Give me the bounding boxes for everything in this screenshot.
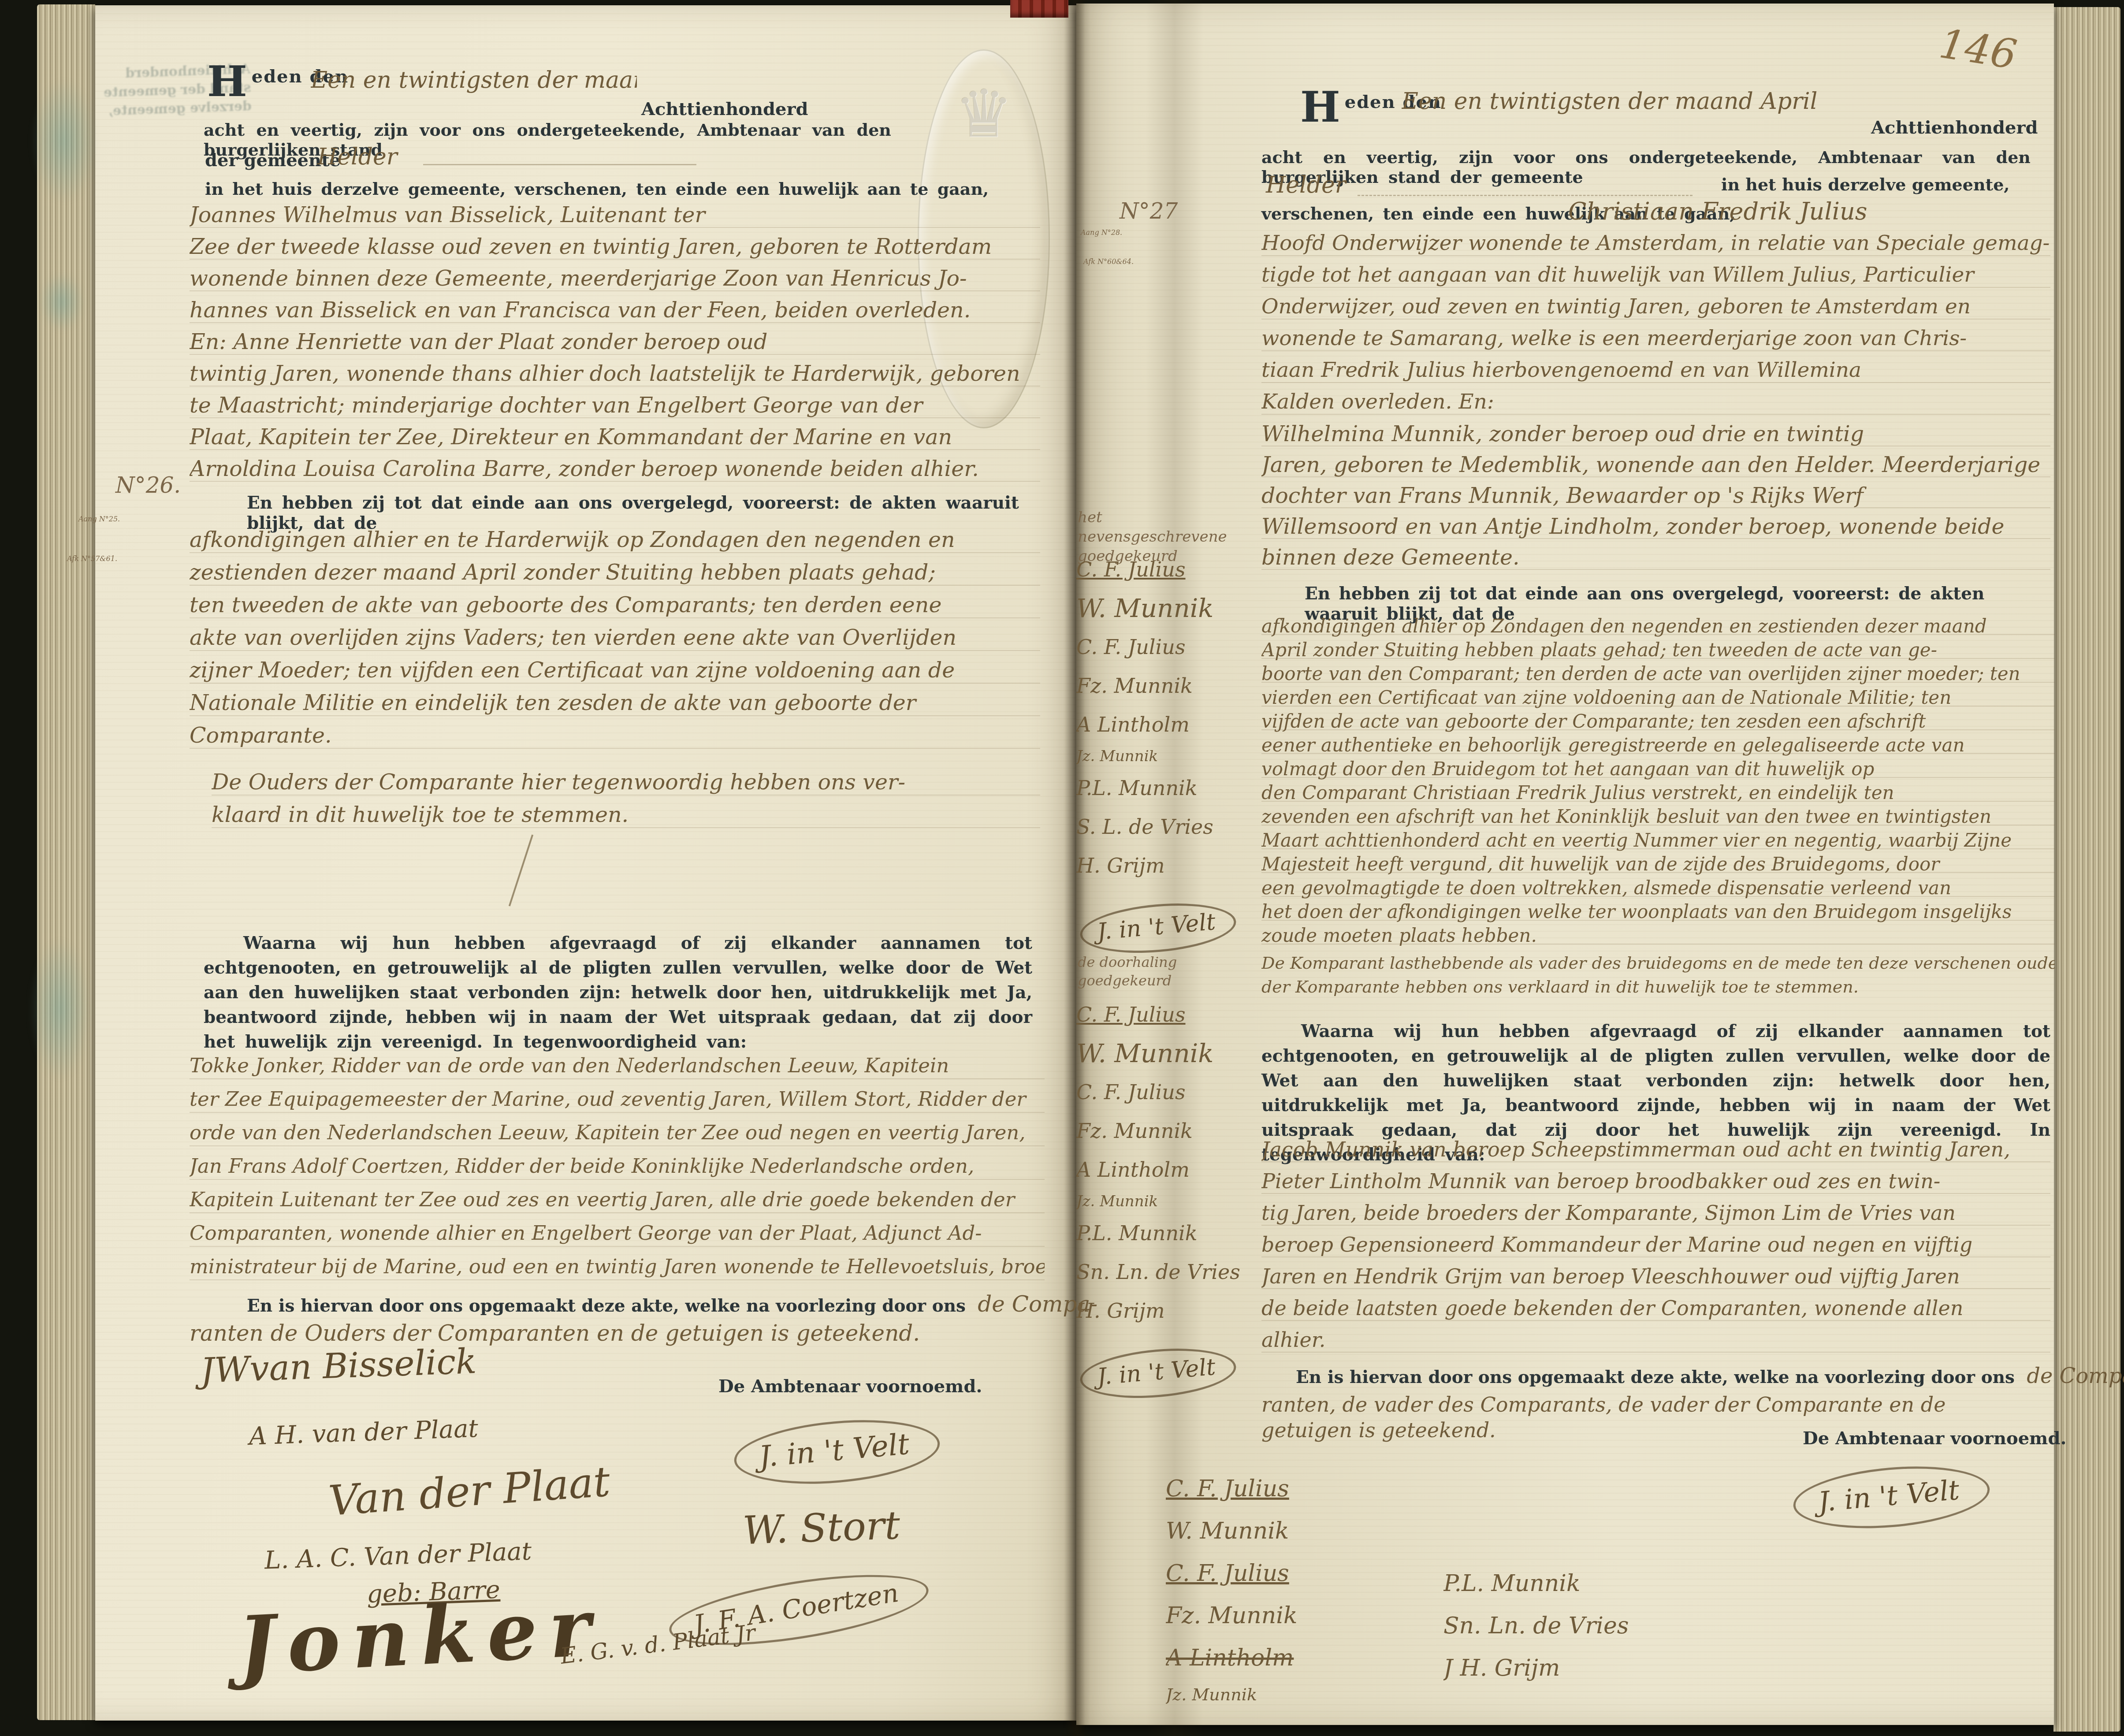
handwritten-line: Fz. Munnik: [1076, 666, 1261, 705]
handwritten-line: Jan Frans Adolf Coertzen, Ridder der bei…: [190, 1149, 1045, 1183]
printed-closing-intro: En is hiervan door ons opgemaakt deze ak…: [1296, 1364, 2124, 1388]
printed-official-label: De Ambtenaar voornoemd.: [718, 1376, 982, 1397]
printed-achttienhonderd: Achttienhonderd: [641, 99, 808, 119]
handwritten-line: H. Grijm: [1076, 1291, 1261, 1330]
handwritten-line: En: Anne Henriette van der Plaat zonder …: [190, 326, 1040, 358]
margin-note-line: het nevensgeschrevene: [1078, 508, 1254, 546]
printed-header-line4: in het huis derzelve gemeente, verschene…: [205, 179, 989, 199]
handwritten-line: ten tweeden de akte van geboorte des Com…: [190, 589, 1040, 621]
handwritten-line: akte van overlijden zijns Vaders; ten vi…: [190, 621, 1040, 654]
handwritten-line: wonende binnen deze Gemeente, meerderjar…: [190, 263, 1040, 294]
handwritten-line: een gevolmagtigde te doen voltrekken, al…: [1261, 876, 2055, 900]
handwritten-line: tigde tot het aangaan van dit huwelijk v…: [1261, 259, 2050, 291]
margin-approval-note-2: de doorhaling goedgekeurd: [1078, 953, 1254, 990]
handwritten-line: C. F. Julius: [1076, 995, 1261, 1034]
handwritten-line: W. Munnik: [1076, 1034, 1261, 1073]
margin-note-aangifte: Aang N°28.: [1081, 228, 1122, 237]
handwritten-line: Sn. Ln. de Vries: [1443, 1605, 1690, 1647]
handwritten-line: P.L. Munnik: [1443, 1562, 1690, 1605]
handwritten-line: Jaren en Hendrik Grijm van beroep Vleesc…: [1261, 1260, 2050, 1292]
handwritten-line: zoude moeten plaats hebben.: [1261, 924, 2055, 948]
handwritten-line: alhier.: [1261, 1324, 2050, 1356]
margin-note-act-number: N°26.: [115, 472, 181, 498]
handwritten-line: Jz. Munnik: [1166, 1679, 1413, 1710]
handwritten-line: Joannes Wilhelmus van Bisselick, Luitena…: [190, 199, 1040, 231]
margin-note-afkondiging: Afk N°60&64.: [1083, 257, 1134, 266]
handwritten-line: Jacob Munnik van beroep Scheepstimmerman…: [1261, 1134, 2050, 1165]
handwritten-line: boorte van den Comparant; ten derden de …: [1261, 662, 2055, 686]
handwritten-line: te Maastricht; minderjarige dochter van …: [190, 390, 1040, 421]
printed-waarna-paragraph: Waarna wij hun hebben afgevraagd of zij …: [204, 931, 1032, 1054]
signature-witness-jonker: Jonker: [236, 1581, 604, 1693]
handwritten-line: A Lintholm: [1076, 1150, 1261, 1189]
margin-note-aangifte: Aang N°25.: [78, 515, 120, 523]
handwritten-line: C. F. Julius: [1076, 550, 1261, 589]
handwritten-line: C. F. Julius: [1166, 1552, 1413, 1595]
handwritten-line: Sn. Ln. de Vries: [1076, 1253, 1261, 1291]
handwritten-line: C. F. Julius: [1076, 628, 1261, 666]
handwritten-line: dochter van Frans Munnik, Bewaarder op '…: [1261, 480, 2050, 511]
handwritten-line: klaard in dit huwelijk toe te stemmen.: [212, 799, 1040, 831]
handwritten-line: H. Grijm: [1076, 846, 1261, 885]
handwritten-line: vierden een Certificaat van zijne voldoe…: [1261, 686, 2055, 710]
ink-smudge: [31, 79, 97, 203]
handwritten-line: De Komparant lasthebbende als vader des …: [1261, 951, 2055, 975]
handwritten-witnesses-paragraph: Tokke Jonker, Ridder van de orde van den…: [190, 1049, 1045, 1283]
handwritten-line: tiaan Fredrik Julius hierbovengenoemd en…: [1261, 354, 2050, 386]
handwritten-line: Comparante.: [190, 719, 1040, 752]
handwritten-line: P.L. Munnik: [1076, 769, 1261, 807]
handwritten-line: Pieter Lintholm Munnik van beroep broodb…: [1261, 1165, 2050, 1197]
handwritten-line: twintig Jaren, wonende thans alhier doch…: [190, 358, 1040, 390]
printed-achttienhonderd: Achttienhonderd: [1871, 117, 2038, 138]
handwritten-parties-paragraph: Joannes Wilhelmus van Bisselick, Luitena…: [190, 199, 1040, 485]
blank-filler-line: [423, 164, 696, 165]
handwritten-line: Zee der tweede klasse oud zeven en twint…: [190, 231, 1040, 263]
margin-signatures-block-2: C. F. JuliusW. MunnikC. F. JuliusFz. Mun…: [1076, 995, 1261, 1330]
handwritten-line: vijfden de acte van geboorte der Compara…: [1261, 710, 2055, 733]
handwritten-line: afkondigingen alhier op Zondagen den neg…: [1261, 614, 2055, 638]
handwritten-line: het doen der afkondigingen welke ter woo…: [1261, 900, 2055, 924]
closing-intro-text: En is hiervan door ons opgemaakt deze ak…: [247, 1296, 966, 1316]
handwritten-line: Hoofd Onderwijzer wonende te Amsterdam, …: [1261, 227, 2050, 259]
margin-note-act-number: N°27: [1120, 198, 1178, 224]
handwritten-line: Kapitein Luitenant ter Zee oud zes en ve…: [190, 1183, 1045, 1216]
handwritten-line: Fz. Munnik: [1076, 1111, 1261, 1150]
handwritten-line: Tokke Jonker, Ridder van de orde van den…: [190, 1049, 1045, 1082]
handwritten-municipality: Helder: [1266, 172, 1346, 198]
margin-note-line: de doorhaling: [1078, 953, 1254, 971]
handwritten-line: W. Munnik: [1076, 589, 1261, 628]
handwritten-line: C. F. Julius: [1166, 1468, 1413, 1510]
handwritten-line: J H. Grijm: [1443, 1647, 1690, 1689]
handwritten-line: Jaren, geboren te Medemblik, wonende aan…: [1261, 450, 2050, 480]
handwritten-line: Jz. Munnik: [1076, 1189, 1261, 1214]
handwritten-line: beroep Gepensioneerd Kommandeur der Mari…: [1261, 1229, 2050, 1260]
handwritten-witnesses-paragraph: Jacob Munnik van beroep Scheepstimmerman…: [1261, 1134, 2050, 1356]
handwritten-line: Fz. Munnik: [1166, 1595, 1413, 1637]
handwritten-groom-paragraph: Hoofd Onderwijzer wonende te Amsterdam, …: [1261, 227, 2050, 418]
handwritten-line: C. F. Julius: [1076, 1073, 1261, 1111]
handwritten-line: Maart achttienhonderd acht en veertig Nu…: [1261, 829, 2055, 852]
handwritten-line: orde van den Nederlandschen Leeuw, Kapit…: [190, 1116, 1045, 1149]
handwritten-line: zijner Moeder; ten vijfden een Certifica…: [190, 654, 1040, 687]
handwritten-line: W. Munnik: [1166, 1510, 1413, 1552]
handwritten-line: zevenden een afschrift van het Koninklij…: [1261, 805, 2055, 829]
ink-smudge: [29, 939, 91, 1080]
handwritten-consent-paragraph: De Ouders der Comparante hier tegenwoord…: [212, 766, 1040, 831]
printed-closing-intro: En is hiervan door ons opgemaakt deze ak…: [247, 1291, 1097, 1317]
handwritten-date: Een en twintigsten der maand April: [1402, 88, 1834, 115]
handwritten-consent-paragraph: De Komparant lasthebbende als vader des …: [1261, 951, 2055, 999]
bottom-signatures-right-column: P.L. MunnikSn. Ln. de VriesJ H. Grijm: [1443, 1562, 1690, 1689]
handwritten-line: den Comparant Christiaan Fredrik Julius …: [1261, 781, 2055, 805]
handwritten-line: der Komparante hebben ons verklaard in d…: [1261, 975, 2055, 999]
handwritten-closing-tail: de Compa-: [2027, 1364, 2124, 1388]
blank-filler-line: [1358, 195, 1693, 196]
handwritten-line: tig Jaren, beide broeders der Komparante…: [1261, 1197, 2050, 1229]
handwritten-line: zestienden dezer maand April zonder Stui…: [190, 556, 1040, 589]
printed-in-het-huis: in het huis derzelve gemeente,: [1721, 175, 2010, 194]
margin-note-afkondiging: Afk N°57&61.: [67, 554, 117, 563]
handwritten-line: Arnoldina Louisa Carolina Barre, zonder …: [190, 453, 1040, 485]
handwritten-line: eener authentieke en behoorlijk geregist…: [1261, 733, 2055, 757]
margin-note-line: goedgekeurd: [1078, 971, 1254, 990]
handwritten-line: De Ouders der Comparante hier tegenwoord…: [212, 766, 1040, 799]
handwritten-bride-paragraph: Wilhelmina Munnik, zonder beroep oud dri…: [1261, 419, 2050, 573]
handwritten-groom-name: Christiaan Fredrik Julius: [1568, 197, 2049, 225]
register-spread: ♛ Achttienhonderd stand der gemeente der…: [0, 0, 2124, 1736]
book-page-edges-left: [37, 4, 95, 1720]
handwritten-line: binnen deze Gemeente.: [1261, 542, 2050, 573]
margin-signatures-block-1: C. F. JuliusW. MunnikC. F. JuliusFz. Mun…: [1076, 550, 1261, 885]
handwritten-line: Majesteit heeft vergund, dit huwelijk va…: [1261, 852, 2055, 876]
handwritten-line: Kalden overleden. En:: [1261, 386, 2050, 418]
handwritten-line: ministrateur bij de Marine, oud een en t…: [190, 1250, 1045, 1283]
handwritten-line: ter Zee Equipagemeester der Marine, oud …: [190, 1082, 1045, 1116]
crown-embossed-icon: ♛: [918, 76, 1050, 152]
handwritten-line: S. L. de Vries: [1076, 807, 1261, 846]
handwritten-line: Willemsoord en van Antje Lindholm, zonde…: [1261, 511, 2050, 542]
handwritten-documents-paragraph: afkondigingen alhier op Zondagen den neg…: [1261, 614, 2055, 948]
red-bookmark-tab: [1010, 0, 1068, 18]
handwritten-line: ranten, de vader des Comparants, de vade…: [1261, 1392, 2011, 1417]
book-page-edges-right: [2053, 7, 2120, 1732]
handwritten-line: A Lintholm: [1076, 705, 1261, 744]
handwritten-line: Comparanten, wonende alhier en Engelbert…: [190, 1216, 1045, 1250]
handwritten-line: afkondigingen alhier en te Harderwijk op…: [190, 524, 1040, 556]
handwritten-date: Een en twintigsten der maand April: [311, 67, 637, 93]
handwritten-line: Plaat, Kapitein ter Zee, Direkteur en Ko…: [190, 421, 1040, 453]
handwritten-line: wonende te Samarang, welke is een meerde…: [1261, 323, 2050, 354]
closing-intro-text: En is hiervan door ons opgemaakt deze ak…: [1296, 1367, 2015, 1387]
handwritten-line: Jz. Munnik: [1076, 744, 1261, 769]
signature-witness-stort: W. Stort: [742, 1502, 900, 1553]
printed-official-label: De Ambtenaar voornoemd.: [1803, 1428, 2066, 1449]
handwritten-line: A Lintholm: [1166, 1637, 1413, 1679]
handwritten-closing-line: ranten de Ouders der Comparanten en de g…: [190, 1320, 920, 1346]
handwritten-documents-paragraph: afkondigingen alhier en te Harderwijk op…: [190, 524, 1040, 752]
handwritten-line: P.L. Munnik: [1076, 1214, 1261, 1253]
handwritten-municipality: Helder: [317, 144, 398, 170]
handwritten-line: volmagt door den Bruidegom tot het aanga…: [1261, 757, 2055, 781]
bottom-signatures-left-column: C. F. JuliusW. MunnikC. F. JuliusFz. Mun…: [1166, 1468, 1413, 1710]
handwritten-line: Wilhelmina Munnik, zonder beroep oud dri…: [1261, 419, 2050, 450]
handwritten-line: April zonder Stuiting hebben plaats geha…: [1261, 638, 2055, 662]
handwritten-line: hannes van Bisselick en van Francisca va…: [190, 294, 1040, 326]
handwritten-line: Nationale Militie en eindelijk ten zesde…: [190, 687, 1040, 719]
handwritten-line: de beide laatsten goede bekenden der Com…: [1261, 1292, 2050, 1324]
ink-smudge: [40, 273, 84, 331]
handwritten-line: Onderwijzer, oud zeven en twintig Jaren,…: [1261, 291, 2050, 323]
